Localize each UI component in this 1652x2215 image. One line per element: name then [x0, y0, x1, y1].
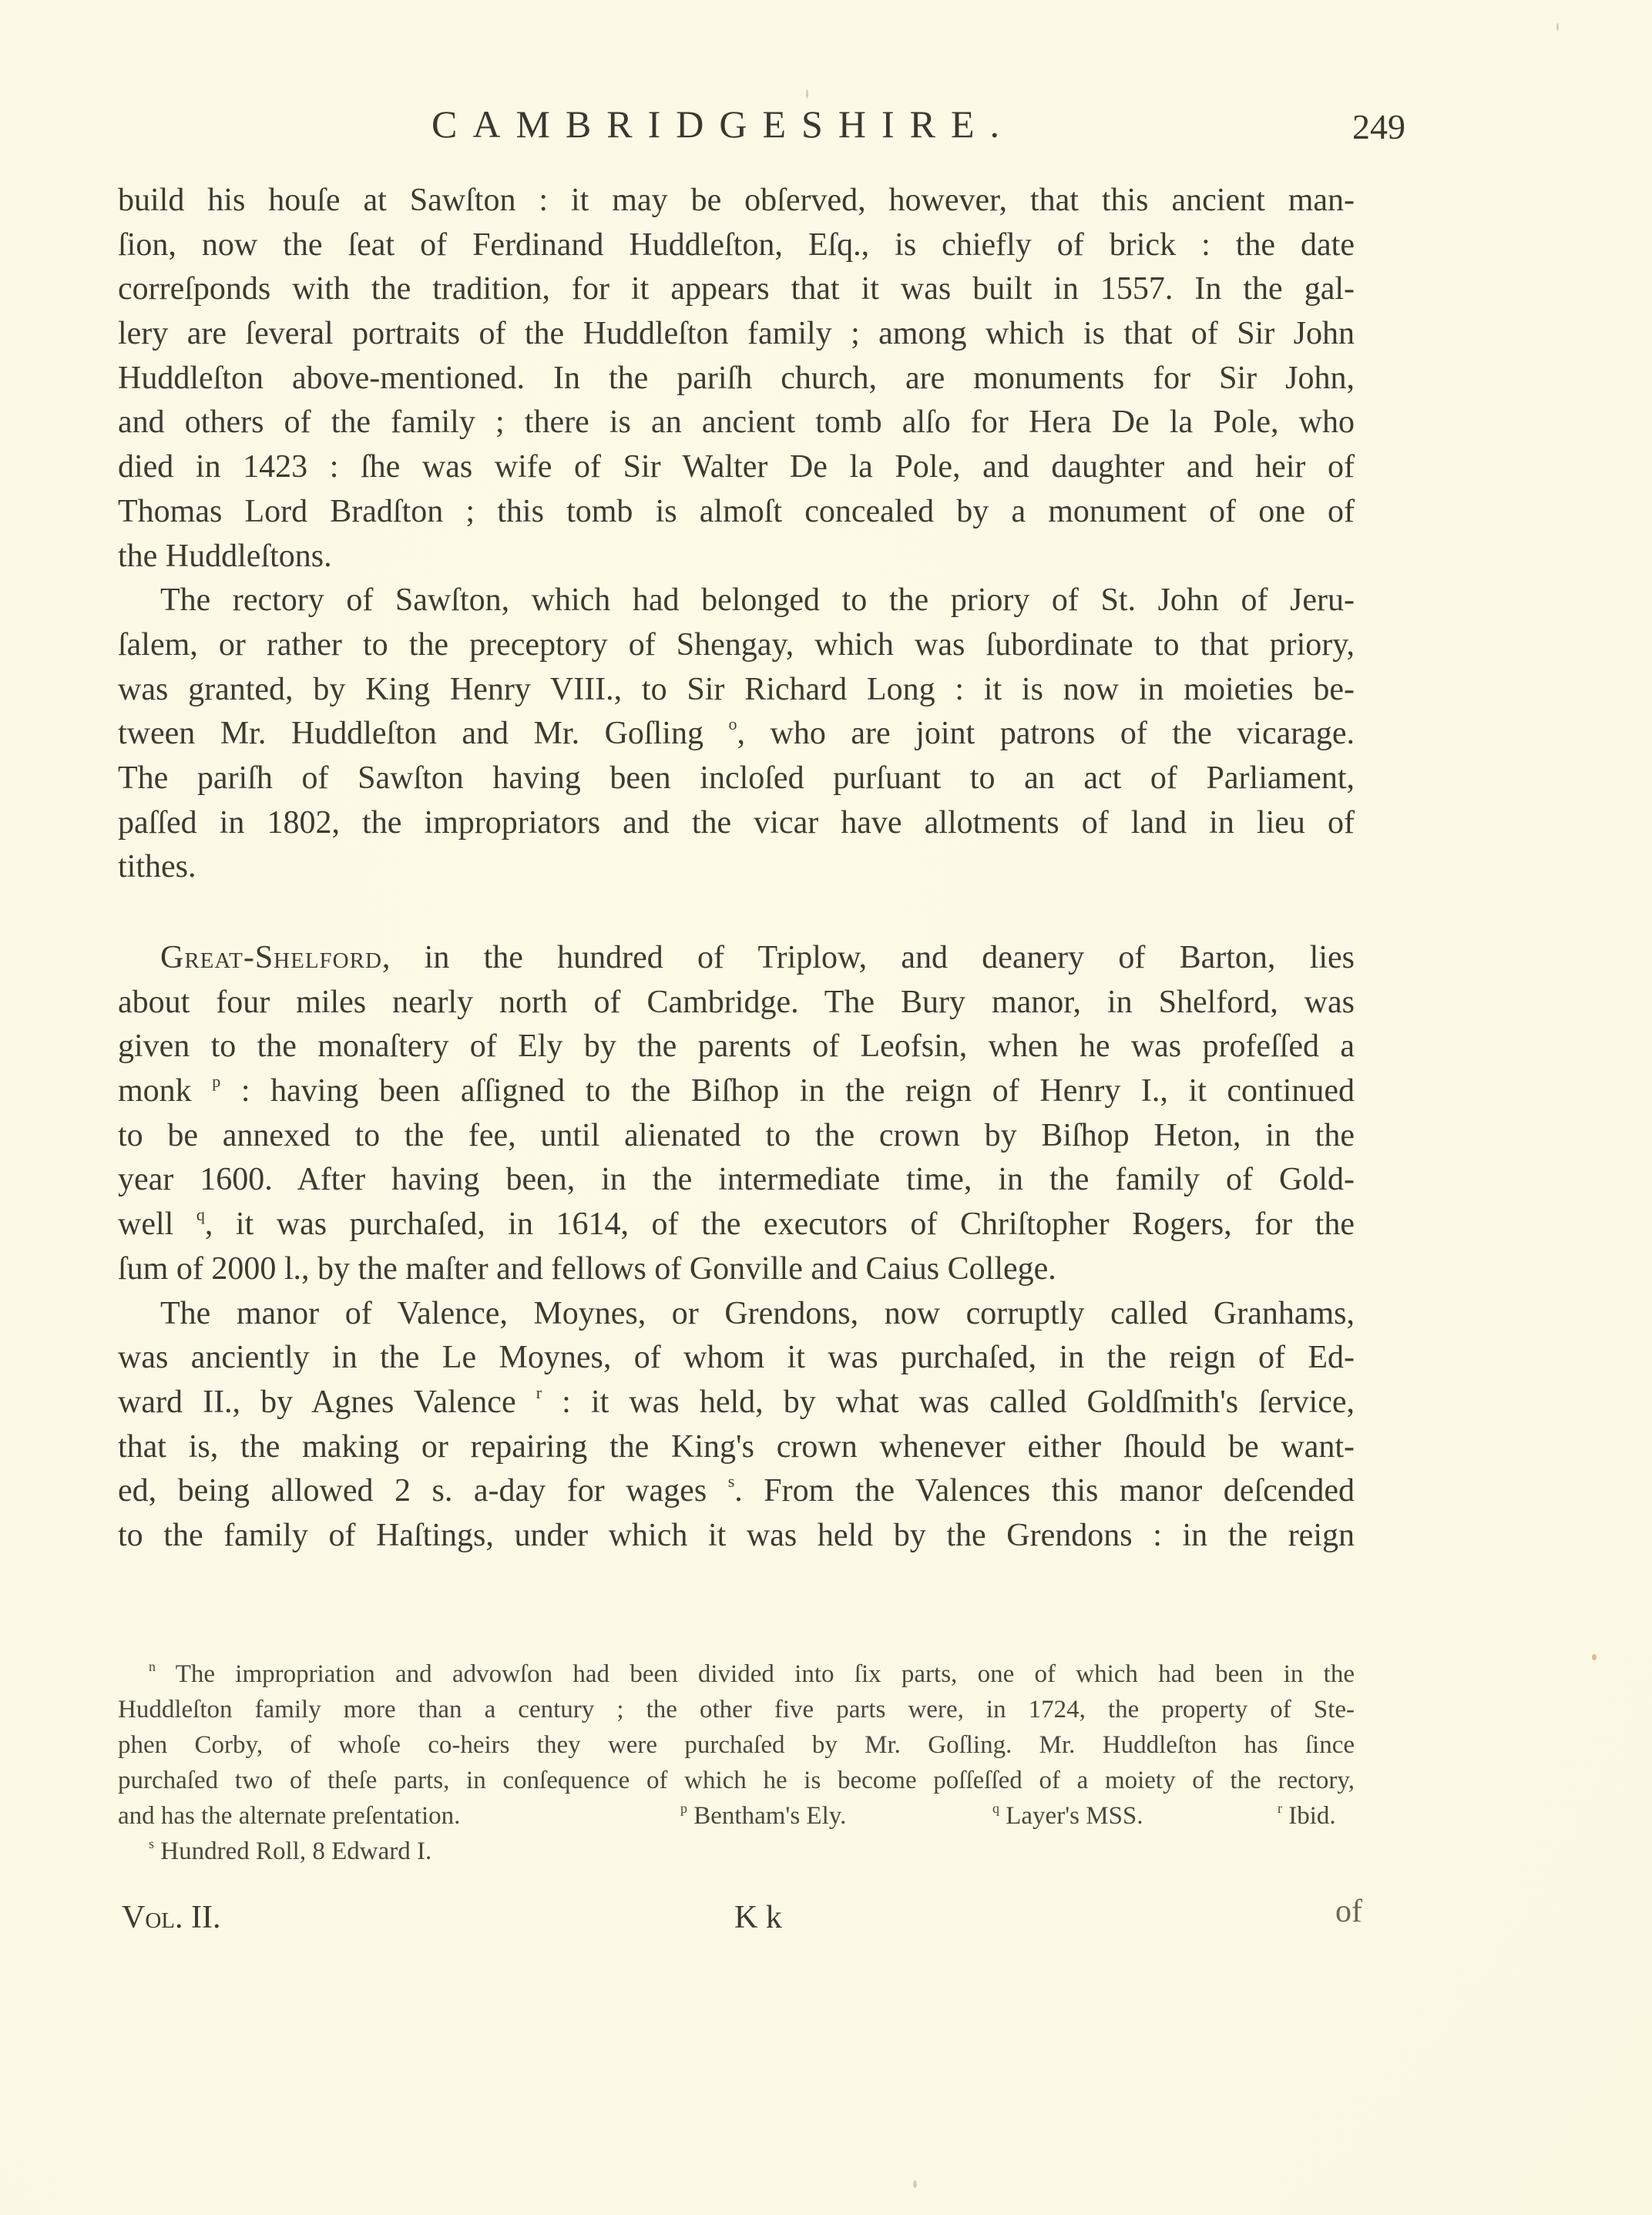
- text-line: ſion, now the ſeat of Ferdinand Huddleſt…: [118, 223, 1355, 268]
- text-line: and others of the family ; there is an a…: [118, 401, 1355, 445]
- main-text: build his houſe at Sawſton : it may be o…: [118, 179, 1355, 1559]
- footnote-n-line: n The impropriation and advowſon had bee…: [118, 1656, 1355, 1692]
- text-fragment: The impropriation and advowſon had been …: [176, 1660, 1355, 1688]
- signature-mark: K k: [734, 1899, 782, 1936]
- footnote-p-text: Bentham's Ely.: [693, 1802, 846, 1830]
- footnote-n-line: Huddleſton family more than a century ; …: [118, 1692, 1355, 1727]
- text-line: well q, it was purchaſed, in 1614, of th…: [118, 1203, 1355, 1247]
- text-fragment: tween Mr. Huddleſton and Mr. Goſling: [118, 716, 703, 751]
- text-fragment: well: [118, 1207, 173, 1242]
- text-fragment: : having been aſſigned to the Biſhop in …: [220, 1073, 1355, 1109]
- footnote-marker-n: n: [149, 1659, 156, 1674]
- footnote-marker-q: q: [992, 1801, 999, 1816]
- text-line: tween Mr. Huddleſton and Mr. Goſling o, …: [118, 712, 1355, 757]
- catchword: of: [1335, 1893, 1362, 1930]
- text-line: correſponds with the tradition, for it a…: [118, 267, 1355, 312]
- text-fragment: ward II., by Agnes Valence: [118, 1384, 516, 1420]
- text-line: that is, the making or repairing the Kin…: [118, 1425, 1355, 1470]
- footnote-s: s Hundred Roll, 8 Edward I.: [118, 1834, 1355, 1869]
- text-line: The pariſh of Sawſton having been incloſ…: [118, 757, 1355, 801]
- text-line: was granted, by King Henry VIII., to Sir…: [118, 668, 1355, 713]
- text-line: was anciently in the Le Moynes, of whom …: [118, 1336, 1355, 1381]
- text-fragment: ed, being allowed 2 s. a-day for wages: [118, 1473, 707, 1509]
- footnote-marker-p: p: [680, 1801, 687, 1816]
- text-line: build his houſe at Sawſton : it may be o…: [118, 179, 1355, 223]
- paper-speck: [806, 89, 808, 99]
- paper-speck: [913, 2180, 917, 2188]
- text-line: ſum of 2000 l., by the maſter and fellow…: [118, 1247, 1355, 1292]
- running-title: CAMBRIDGESHIRE.: [431, 102, 1015, 146]
- footnote-q-text: Layer's MSS.: [1006, 1802, 1143, 1830]
- text-line: The manor of Valence, Moynes, or Grendon…: [118, 1292, 1355, 1337]
- text-line: to be annexed to the fee, until alienate…: [118, 1114, 1355, 1159]
- page-footer: Vol. II. K k of: [118, 1899, 1355, 1945]
- text-line: given to the monaſtery of Ely by the par…: [118, 1025, 1355, 1069]
- text-line: the Huddleſtons.: [118, 535, 1355, 579]
- text-fragment: : it was held, by what was called Goldſm…: [542, 1384, 1355, 1420]
- volume-label: Vol. II.: [122, 1899, 220, 1936]
- text-line: Huddleſton above-mentioned. In the pariſ…: [118, 357, 1355, 401]
- footnote-n-line: phen Corby, of whoſe co-heirs they were …: [118, 1727, 1355, 1763]
- section-gap: [118, 890, 1355, 936]
- footnote-n-line: purchaſed two of theſe parts, in conſequ…: [118, 1763, 1355, 1798]
- page-number: 249: [1352, 106, 1405, 147]
- text-line: about four miles nearly north of Cambrid…: [118, 981, 1355, 1025]
- text-fragment: , it was purchaſed, in 1614, of the exec…: [205, 1207, 1355, 1242]
- footnote-marker-s: s: [149, 1836, 154, 1851]
- paper-speck: [1592, 1654, 1597, 1660]
- text-fragment: monk: [118, 1073, 192, 1109]
- section-heading-great-shelford: Great-Shelford: [160, 940, 382, 975]
- footnote-ref-n[interactable]: o: [729, 714, 737, 733]
- footnote-ref-s[interactable]: s: [728, 1472, 735, 1491]
- text-line: monk p : having been aſſigned to the Biſ…: [118, 1069, 1355, 1114]
- footnote-ref-p[interactable]: p: [212, 1072, 220, 1091]
- text-fragment: . From the Valences this manor deſcended: [734, 1473, 1355, 1509]
- text-line: died in 1423 : ſhe was wife of Sir Walte…: [118, 445, 1355, 490]
- text-fragment: , in the hundred of Triplow, and deanery…: [382, 940, 1355, 975]
- footnote-q: q Layer's MSS.: [992, 1798, 1143, 1834]
- text-line: tithes.: [118, 845, 1355, 890]
- text-line: ſalem, or rather to the preceptory of Sh…: [118, 623, 1355, 668]
- footnote-r: r Ibid.: [1278, 1798, 1336, 1834]
- footnote-refs-line: and has the alternate preſentation. p Be…: [118, 1798, 1355, 1834]
- text-line: Great-Shelford, in the hundred of Triplo…: [118, 936, 1355, 981]
- page-header: CAMBRIDGESHIRE. 249: [431, 102, 1356, 156]
- footnote-ref-q[interactable]: q: [196, 1205, 205, 1224]
- footnote-p: p Bentham's Ely.: [680, 1798, 846, 1834]
- text-fragment: , who are joint patrons of the vicarage.: [737, 716, 1355, 751]
- footnote-ref-r[interactable]: r: [536, 1383, 542, 1402]
- paper-speck: [1556, 23, 1559, 31]
- footnote-n-end: and has the alternate preſentation.: [118, 1798, 460, 1834]
- text-line: Thomas Lord Bradſton ; this tomb is almo…: [118, 490, 1355, 535]
- text-line: to the family of Haſtings, under which i…: [118, 1514, 1355, 1559]
- footnote-r-text: Ibid.: [1288, 1802, 1335, 1830]
- text-line: paſſed in 1802, the impropriators and th…: [118, 801, 1355, 846]
- text-line: ward II., by Agnes Valence r : it was he…: [118, 1381, 1355, 1425]
- footnote-s-text: Hundred Roll, 8 Edward I.: [160, 1837, 431, 1865]
- text-line: The rectory of Sawſton, which had belong…: [118, 579, 1355, 623]
- text-line: lery are ſeveral portraits of the Huddle…: [118, 312, 1355, 357]
- footnote-marker-r: r: [1278, 1801, 1282, 1816]
- text-line: ed, being allowed 2 s. a-day for wages s…: [118, 1469, 1355, 1514]
- book-page: CAMBRIDGESHIRE. 249 build his houſe at S…: [0, 0, 1652, 2215]
- text-line: year 1600. After having been, in the int…: [118, 1158, 1355, 1203]
- footnotes: n The impropriation and advowſon had bee…: [118, 1656, 1355, 1869]
